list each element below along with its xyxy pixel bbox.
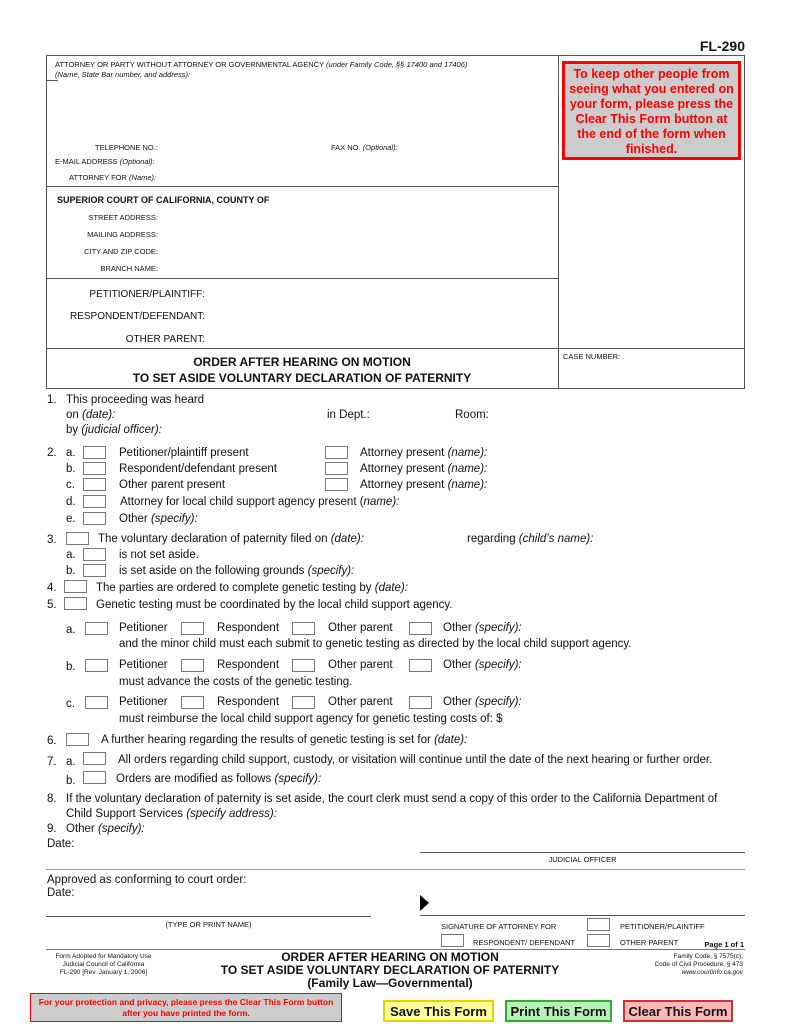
signature-attorney-label: SIGNATURE OF ATTORNEY FOR — [441, 922, 556, 931]
item-2e-letter: e. — [66, 513, 76, 525]
5c-petitioner-label: Petitioner — [119, 696, 168, 708]
title-section-bottom — [46, 388, 745, 389]
5a-respondent-checkbox[interactable] — [181, 622, 204, 635]
petitioner-label: PETITIONER/PLAINTIFF: — [89, 289, 205, 300]
header-top-border — [46, 55, 745, 56]
telephone-label: TELEPHONE NO.: — [95, 143, 158, 152]
item-5a-text: and the minor child must each submit to … — [119, 638, 631, 650]
fax-field[interactable] — [400, 141, 550, 154]
item-7a-letter: a. — [66, 756, 76, 768]
sig-petitioner-checkbox[interactable] — [587, 918, 610, 931]
save-form-button[interactable]: Save This Form — [383, 1000, 494, 1022]
footer-left: Form Adopted for Mandatory Use Judicial … — [46, 953, 161, 977]
other-parent-field[interactable] — [210, 332, 552, 345]
item-4-label: The parties are ordered to complete gene… — [96, 582, 408, 594]
5c-other-field[interactable] — [530, 696, 742, 709]
5b-other-label: Other (specify): — [443, 659, 522, 671]
petitioner-attorney-checkbox[interactable] — [325, 446, 348, 459]
print-form-button[interactable]: Print This Form — [505, 1000, 612, 1022]
genetic-testing-date-field[interactable] — [390, 581, 742, 594]
item-2c-attorney-label: Attorney present (name): — [360, 479, 487, 491]
clear-form-button[interactable]: Clear This Form — [623, 1000, 733, 1022]
item-2e-label: Other (specify): — [119, 513, 198, 525]
further-hearing-checkbox[interactable] — [66, 733, 89, 746]
item-2d-letter: d. — [66, 496, 76, 508]
approval-label: Approved as conforming to court order: — [47, 874, 246, 886]
5a-other-parent-checkbox[interactable] — [292, 622, 315, 635]
attorney-for-label: ATTORNEY FOR (Name): — [69, 173, 156, 182]
item-2-number: 2. — [47, 447, 57, 459]
dept-field[interactable] — [372, 409, 452, 422]
approval-separator — [46, 869, 745, 870]
agency-attorney-name-field[interactable] — [405, 495, 742, 508]
item-1-room-label: Room: — [455, 409, 489, 421]
item-9-other-field[interactable] — [150, 822, 742, 835]
header-left-border — [46, 55, 47, 388]
orders-continue-checkbox[interactable] — [83, 752, 106, 765]
item-6-number: 6. — [47, 735, 57, 747]
mailing-address-field[interactable] — [162, 228, 552, 241]
form-id: FL-290 — [700, 38, 745, 54]
item-8-text: If the voluntary declaration of paternit… — [66, 793, 717, 805]
approval-date-label: Date: — [47, 887, 75, 899]
branch-name-field[interactable] — [162, 262, 552, 275]
item-3-regarding-label: regarding (child’s name): — [467, 533, 593, 545]
5a-other-parent-label: Other parent — [328, 622, 393, 634]
item-2c-label: Other parent present — [119, 479, 225, 491]
5c-other-checkbox[interactable] — [409, 696, 432, 709]
5a-other-field[interactable] — [530, 622, 742, 635]
item-2a-label: Petitioner/plaintiff present — [119, 447, 249, 459]
declaration-checkbox[interactable] — [66, 532, 89, 545]
item-3-number: 3. — [47, 534, 57, 546]
orders-modified-field[interactable] — [330, 772, 742, 785]
branch-name-label: BRANCH NAME: — [100, 264, 158, 273]
item-1-date-label: on (date): — [66, 409, 115, 421]
item-3a-label: is not set aside. — [119, 549, 199, 561]
approval-name-field[interactable] — [47, 900, 371, 913]
item-5-label: Genetic testing must be coordinated by t… — [96, 599, 453, 611]
court-section-bottom — [46, 278, 558, 279]
other-parent-attorney-name-field[interactable] — [492, 478, 742, 491]
parties-section-bottom — [46, 348, 745, 349]
further-hearing-date-field[interactable] — [478, 733, 742, 746]
item-8-number: 8. — [47, 793, 57, 805]
item-2b-letter: b. — [66, 463, 76, 475]
item-2b-label: Respondent/defendant present — [119, 463, 277, 475]
city-zip-label: CITY AND ZIP CODE: — [84, 247, 158, 256]
item-7b-letter: b. — [66, 775, 76, 787]
item-1-text: This proceeding was heard — [66, 394, 204, 406]
item-2b-attorney-label: Attorney present (name): — [360, 463, 487, 475]
item-2a-letter: a. — [66, 447, 76, 459]
respondent-field[interactable] — [210, 309, 552, 322]
tick-mark — [46, 80, 58, 81]
item-7a-text: All orders regarding child support, cust… — [118, 754, 712, 766]
mailing-address-label: MAILING ADDRESS: — [87, 230, 158, 239]
other-parent-attorney-checkbox[interactable] — [325, 478, 348, 491]
street-address-field[interactable] — [162, 211, 552, 224]
5c-other-label: Other (specify): — [443, 696, 522, 708]
footer-right: Family Code, § 7575(c); Code of Civil Pr… — [654, 953, 743, 977]
item-1-dept-label: in Dept.: — [327, 409, 370, 421]
5a-petitioner-checkbox[interactable] — [85, 622, 108, 635]
item-5a-letter: a. — [66, 624, 76, 636]
court-title: SUPERIOR COURT OF CALIFORNIA, COUNTY OF — [57, 195, 269, 205]
header-divider — [558, 55, 559, 388]
attorney-sub-label: (Name, State Bar number, and address): — [55, 70, 190, 79]
genetic-testing-order-checkbox[interactable] — [64, 580, 87, 593]
sig-petitioner-label: PETITIONER/PLAINTIFF — [620, 922, 705, 931]
item-3b-letter: b. — [66, 565, 76, 577]
respondent-present-checkbox[interactable] — [83, 462, 106, 475]
child-name-field[interactable] — [600, 532, 742, 545]
other-parent-present-checkbox[interactable] — [83, 478, 106, 491]
header-right-border — [744, 55, 745, 388]
5c-petitioner-checkbox[interactable] — [85, 696, 108, 709]
item-9-label: Other (specify): — [66, 823, 145, 835]
5a-respondent-label: Respondent — [217, 622, 279, 634]
item-3a-letter: a. — [66, 549, 76, 561]
5b-respondent-checkbox[interactable] — [181, 659, 204, 672]
item-5c-text: must reimburse the local child support a… — [119, 713, 503, 725]
respondent-attorney-checkbox[interactable] — [325, 462, 348, 475]
attorney-section-bottom — [46, 186, 558, 187]
judicial-officer-field[interactable] — [166, 424, 566, 437]
item-3b-label: is set aside on the following grounds (s… — [119, 565, 354, 577]
set-aside-checkbox[interactable] — [83, 564, 106, 577]
telephone-field[interactable] — [160, 141, 325, 154]
item-7-number: 7. — [47, 756, 57, 768]
5c-other-parent-checkbox[interactable] — [292, 696, 315, 709]
item-4-number: 4. — [47, 582, 57, 594]
room-field[interactable] — [492, 409, 572, 422]
petitioner-present-checkbox[interactable] — [83, 446, 106, 459]
approval-date-field[interactable] — [82, 886, 282, 899]
type-name-line — [46, 916, 371, 917]
5c-respondent-label: Respondent — [217, 696, 279, 708]
email-label: E-MAIL ADDRESS (Optional): — [55, 157, 155, 166]
item-8-text2: Child Support Services (specify address)… — [66, 808, 277, 820]
attorney-name-address-field[interactable] — [56, 84, 551, 139]
date-label: Date: — [47, 838, 75, 850]
type-name-label: (TYPE OR PRINT NAME) — [46, 920, 371, 929]
other-present-checkbox[interactable] — [83, 512, 106, 525]
footer-title: ORDER AFTER HEARING ON MOTION TO SET ASI… — [190, 951, 590, 990]
county-field[interactable] — [302, 193, 552, 206]
case-number-label: CASE NUMBER: — [563, 352, 620, 361]
item-2c-letter: c. — [66, 479, 75, 491]
respondent-attorney-name-field[interactable] — [492, 462, 742, 475]
hearing-date-field[interactable] — [120, 409, 320, 422]
item-1-officer-label: by (judicial officer): — [66, 424, 162, 436]
petitioner-field[interactable] — [210, 287, 552, 300]
attorney-signature-line — [420, 915, 745, 916]
sig-other-parent-checkbox[interactable] — [587, 934, 610, 947]
5b-other-field[interactable] — [530, 659, 742, 672]
5b-petitioner-checkbox[interactable] — [85, 659, 108, 672]
form-title-line1: ORDER AFTER HEARING ON MOTION — [46, 355, 558, 369]
5a-petitioner-label: Petitioner — [119, 622, 168, 634]
page-number: Page 1 of 1 — [704, 940, 744, 949]
sig-respondent-checkbox[interactable] — [441, 934, 464, 947]
fax-label: FAX NO. (Optional): — [331, 143, 398, 152]
case-number-field[interactable] — [563, 365, 739, 383]
5a-other-label: Other (specify): — [443, 622, 522, 634]
item-2d-label: Attorney for local child support agency … — [120, 496, 399, 508]
attorney-signature-field[interactable] — [432, 895, 742, 912]
5c-respondent-checkbox[interactable] — [181, 696, 204, 709]
5a-other-checkbox[interactable] — [409, 622, 432, 635]
item-7b-label: Orders are modified as follows (specify)… — [116, 773, 321, 785]
item-5c-letter: c. — [66, 698, 75, 710]
attorney-for-field[interactable] — [160, 171, 550, 184]
other-present-field[interactable] — [200, 512, 742, 525]
5b-respondent-label: Respondent — [217, 659, 279, 671]
city-zip-field[interactable] — [162, 245, 552, 258]
5b-petitioner-label: Petitioner — [119, 659, 168, 671]
dcss-address-field[interactable] — [285, 807, 742, 820]
5c-other-parent-label: Other parent — [328, 696, 393, 708]
form-title-line2: TO SET ASIDE VOLUNTARY DECLARATION OF PA… — [46, 371, 558, 385]
5b-other-checkbox[interactable] — [409, 659, 432, 672]
order-date-field[interactable] — [82, 837, 282, 850]
coordinated-testing-checkbox[interactable] — [64, 597, 87, 610]
item-5b-text: must advance the costs of the genetic te… — [119, 676, 352, 688]
other-parent-label: OTHER PARENT: — [126, 334, 205, 345]
declaration-date-field[interactable] — [370, 532, 465, 545]
sig-other-parent-label: OTHER PARENT — [620, 938, 678, 947]
item-1-number: 1. — [47, 394, 57, 406]
privacy-warning: For your protection and privacy, please … — [30, 993, 342, 1022]
judicial-officer-label: JUDICIAL OFFICER — [420, 855, 745, 864]
judicial-officer-signature-line — [420, 852, 745, 853]
item-3-label: The voluntary declaration of paternity f… — [98, 533, 364, 545]
item-2a-attorney-label: Attorney present (name): — [360, 447, 487, 459]
agency-attorney-checkbox[interactable] — [83, 495, 106, 508]
clear-form-warning: To keep other people from seeing what yo… — [562, 61, 741, 160]
street-address-label: STREET ADDRESS: — [89, 213, 158, 222]
item-5b-letter: b. — [66, 661, 76, 673]
item-5-number: 5. — [47, 599, 57, 611]
5b-other-parent-checkbox[interactable] — [292, 659, 315, 672]
email-field[interactable] — [160, 155, 550, 168]
attorney-label: ATTORNEY OR PARTY WITHOUT ATTORNEY OR GO… — [55, 60, 467, 69]
respondent-label: RESPONDENT/DEFENDANT: — [70, 311, 205, 322]
orders-modified-checkbox[interactable] — [83, 771, 106, 784]
petitioner-attorney-name-field[interactable] — [492, 446, 742, 459]
item-9-number: 9. — [47, 823, 57, 835]
signature-arrow-icon — [420, 895, 429, 911]
reimburse-amount-field[interactable] — [508, 712, 742, 725]
5b-other-parent-label: Other parent — [328, 659, 393, 671]
item-6-label: A further hearing regarding the results … — [101, 734, 467, 746]
sig-respondent-label: RESPONDENT/ DEFENDANT — [473, 938, 575, 947]
not-set-aside-checkbox[interactable] — [83, 548, 106, 561]
set-aside-grounds-field[interactable] — [340, 564, 742, 577]
